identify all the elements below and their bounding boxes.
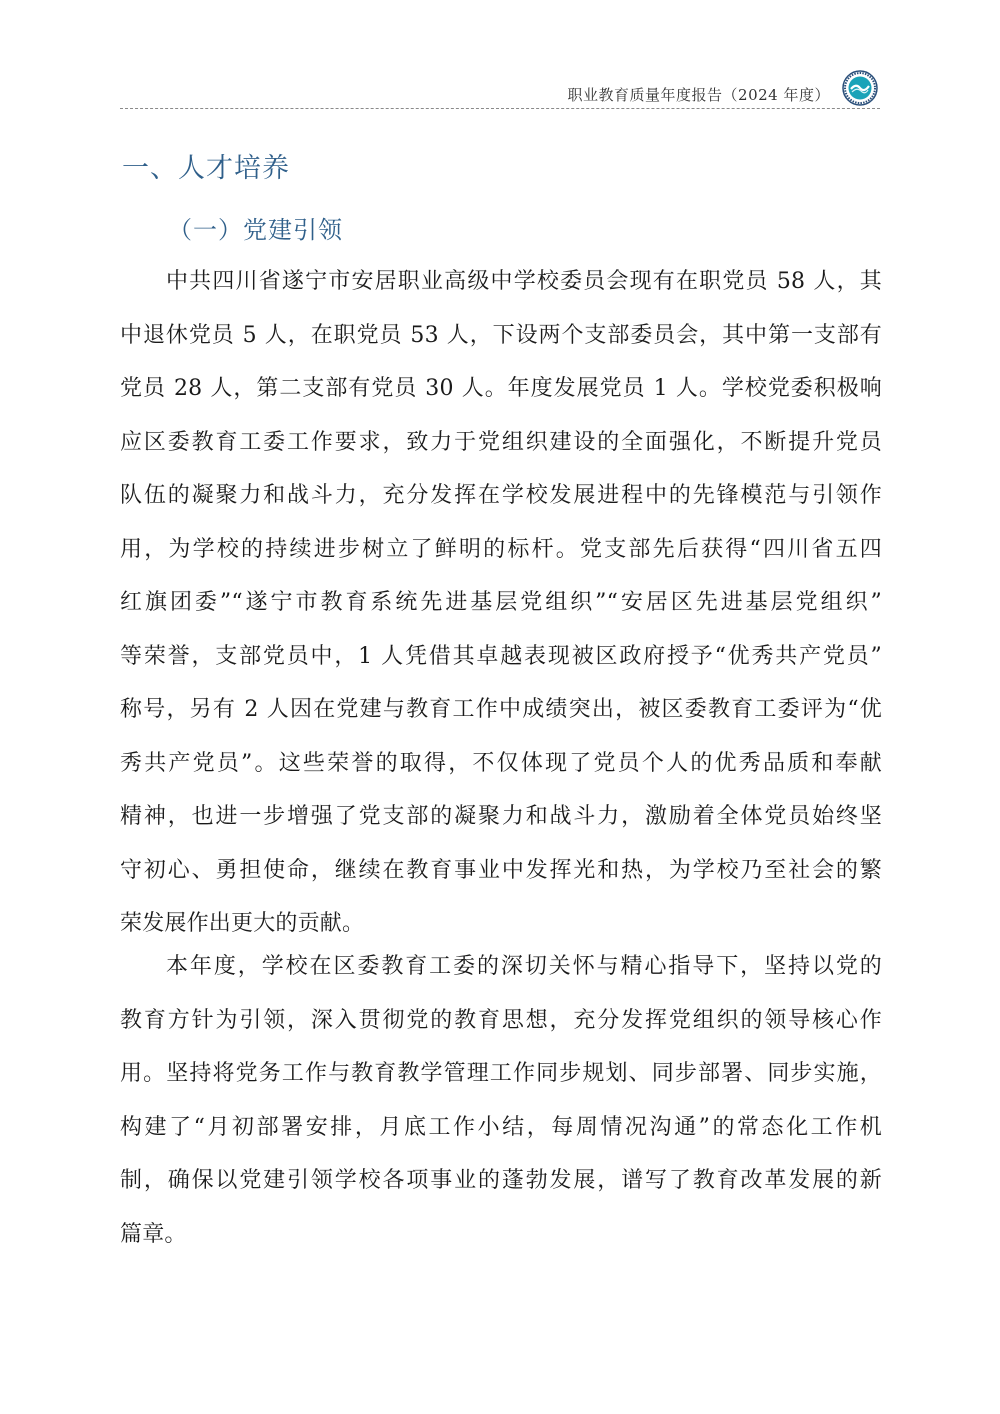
text-line: 党员 28 人，第二支部有党员 30 人。年度发展党员 1 人。学校党委积极响: [120, 362, 882, 416]
school-emblem-icon: [842, 70, 878, 106]
paragraph-party-overview: 中共四川省遂宁市安居职业高级中学校委员会现有在职党员 58 人，其 中退休党员 …: [120, 255, 882, 951]
text-line: 制，确保以党建引领学校各项事业的蓬勃发展，谱写了教育改革发展的新: [120, 1154, 882, 1208]
text-line: 等荣誉，支部党员中，1 人凭借其卓越表现被区政府授予“优秀共产党员”: [120, 630, 882, 684]
text-line: 中退休党员 5 人，在职党员 53 人，下设两个支部委员会，其中第一支部有: [120, 309, 882, 363]
text-line: 本年度，学校在区委教育工委的深切关怀与精心指导下，坚持以党的: [120, 940, 882, 994]
text-line: 秀共产党员”。这些荣誉的取得，不仅体现了党员个人的优秀品质和奉献: [120, 737, 882, 791]
page-header: 职业教育质量年度报告（2024 年度）: [120, 70, 880, 109]
text-line: 教育方针为引领，深入贯彻党的教育思想，充分发挥党组织的领导核心作: [120, 994, 882, 1048]
text-line: 用，为学校的持续进步树立了鲜明的标杆。党支部先后获得“四川省五四: [120, 523, 882, 577]
text-line: 守初心、勇担使命，继续在教育事业中发挥光和热，为学校乃至社会的繁: [120, 844, 882, 898]
report-title: 职业教育质量年度报告（2024 年度）: [568, 84, 830, 105]
text-line: 中共四川省遂宁市安居职业高级中学校委员会现有在职党员 58 人，其: [120, 255, 882, 309]
text-line: 红旗团委”“遂宁市教育系统先进基层党组织”“安居区先进基层党组织”: [120, 576, 882, 630]
paragraph-annual-work: 本年度，学校在区委教育工委的深切关怀与精心指导下，坚持以党的 教育方针为引领，深…: [120, 940, 882, 1261]
text-line: 用。坚持将党务工作与教育教学管理工作同步规划、同步部署、同步实施，: [120, 1047, 882, 1101]
text-line: 称号，另有 2 人因在党建与教育工作中成绩突出，被区委教育工委评为“优: [120, 683, 882, 737]
text-line: 队伍的凝聚力和战斗力，充分发挥在学校发展进程中的先锋模范与引领作: [120, 469, 882, 523]
subsection-heading: （一）党建引领: [168, 210, 343, 245]
text-line: 应区委教育工委工作要求，致力于党组织建设的全面强化，不断提升党员: [120, 416, 882, 470]
text-line: 构建了“月初部署安排，月底工作小结，每周情况沟通”的常态化工作机: [120, 1101, 882, 1155]
section-heading: 一、人才培养: [122, 146, 290, 185]
text-line: 篇章。: [120, 1208, 882, 1262]
text-line: 精神，也进一步增强了党支部的凝聚力和战斗力，激励着全体党员始终坚: [120, 790, 882, 844]
